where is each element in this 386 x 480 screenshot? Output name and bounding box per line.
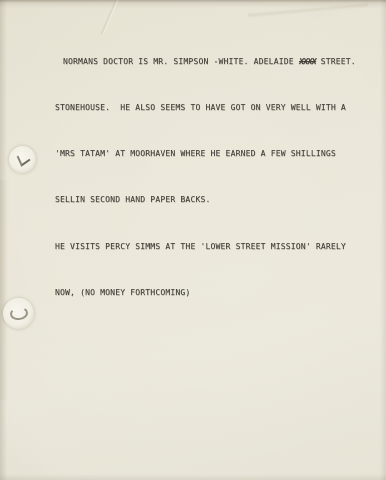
tear-mark (17, 150, 31, 166)
obliterated-word: XXXX (297, 54, 317, 69)
text-line: NORMANS DOCTOR IS MR. SIMPSON -WHITE. AD… (55, 54, 370, 69)
tear-mark (9, 306, 29, 321)
text-line: 'MRS TATAM' AT MOORHAVEN WHERE HE EARNED… (55, 146, 370, 161)
punch-hole-top (9, 146, 36, 173)
text-line: NOW, (NO MONEY FORTHCOMING) (55, 285, 370, 300)
text-line: STONEHOUSE. HE ALSO SEEMS TO HAVE GOT ON… (55, 100, 370, 115)
text-line: HE VISITS PERCY SIMMS AT THE 'LOWER STRE… (55, 239, 370, 254)
line-segment: STREET. (316, 57, 356, 66)
scanned-page: NORMANS DOCTOR IS MR. SIMPSON -WHITE. AD… (0, 0, 386, 480)
line-segment: NORMANS DOCTOR IS MR. SIMPSON -WHITE. AD… (63, 57, 299, 66)
text-line: SELLIN SECOND HAND PAPER BACKS. (55, 192, 370, 207)
paper-crease (0, 180, 10, 400)
paper-crease (248, 2, 368, 18)
typewritten-text: NORMANS DOCTOR IS MR. SIMPSON -WHITE. AD… (55, 23, 370, 331)
scan-frame: NORMANS DOCTOR IS MR. SIMPSON -WHITE. AD… (0, 0, 386, 480)
punch-hole-bottom (3, 298, 34, 329)
